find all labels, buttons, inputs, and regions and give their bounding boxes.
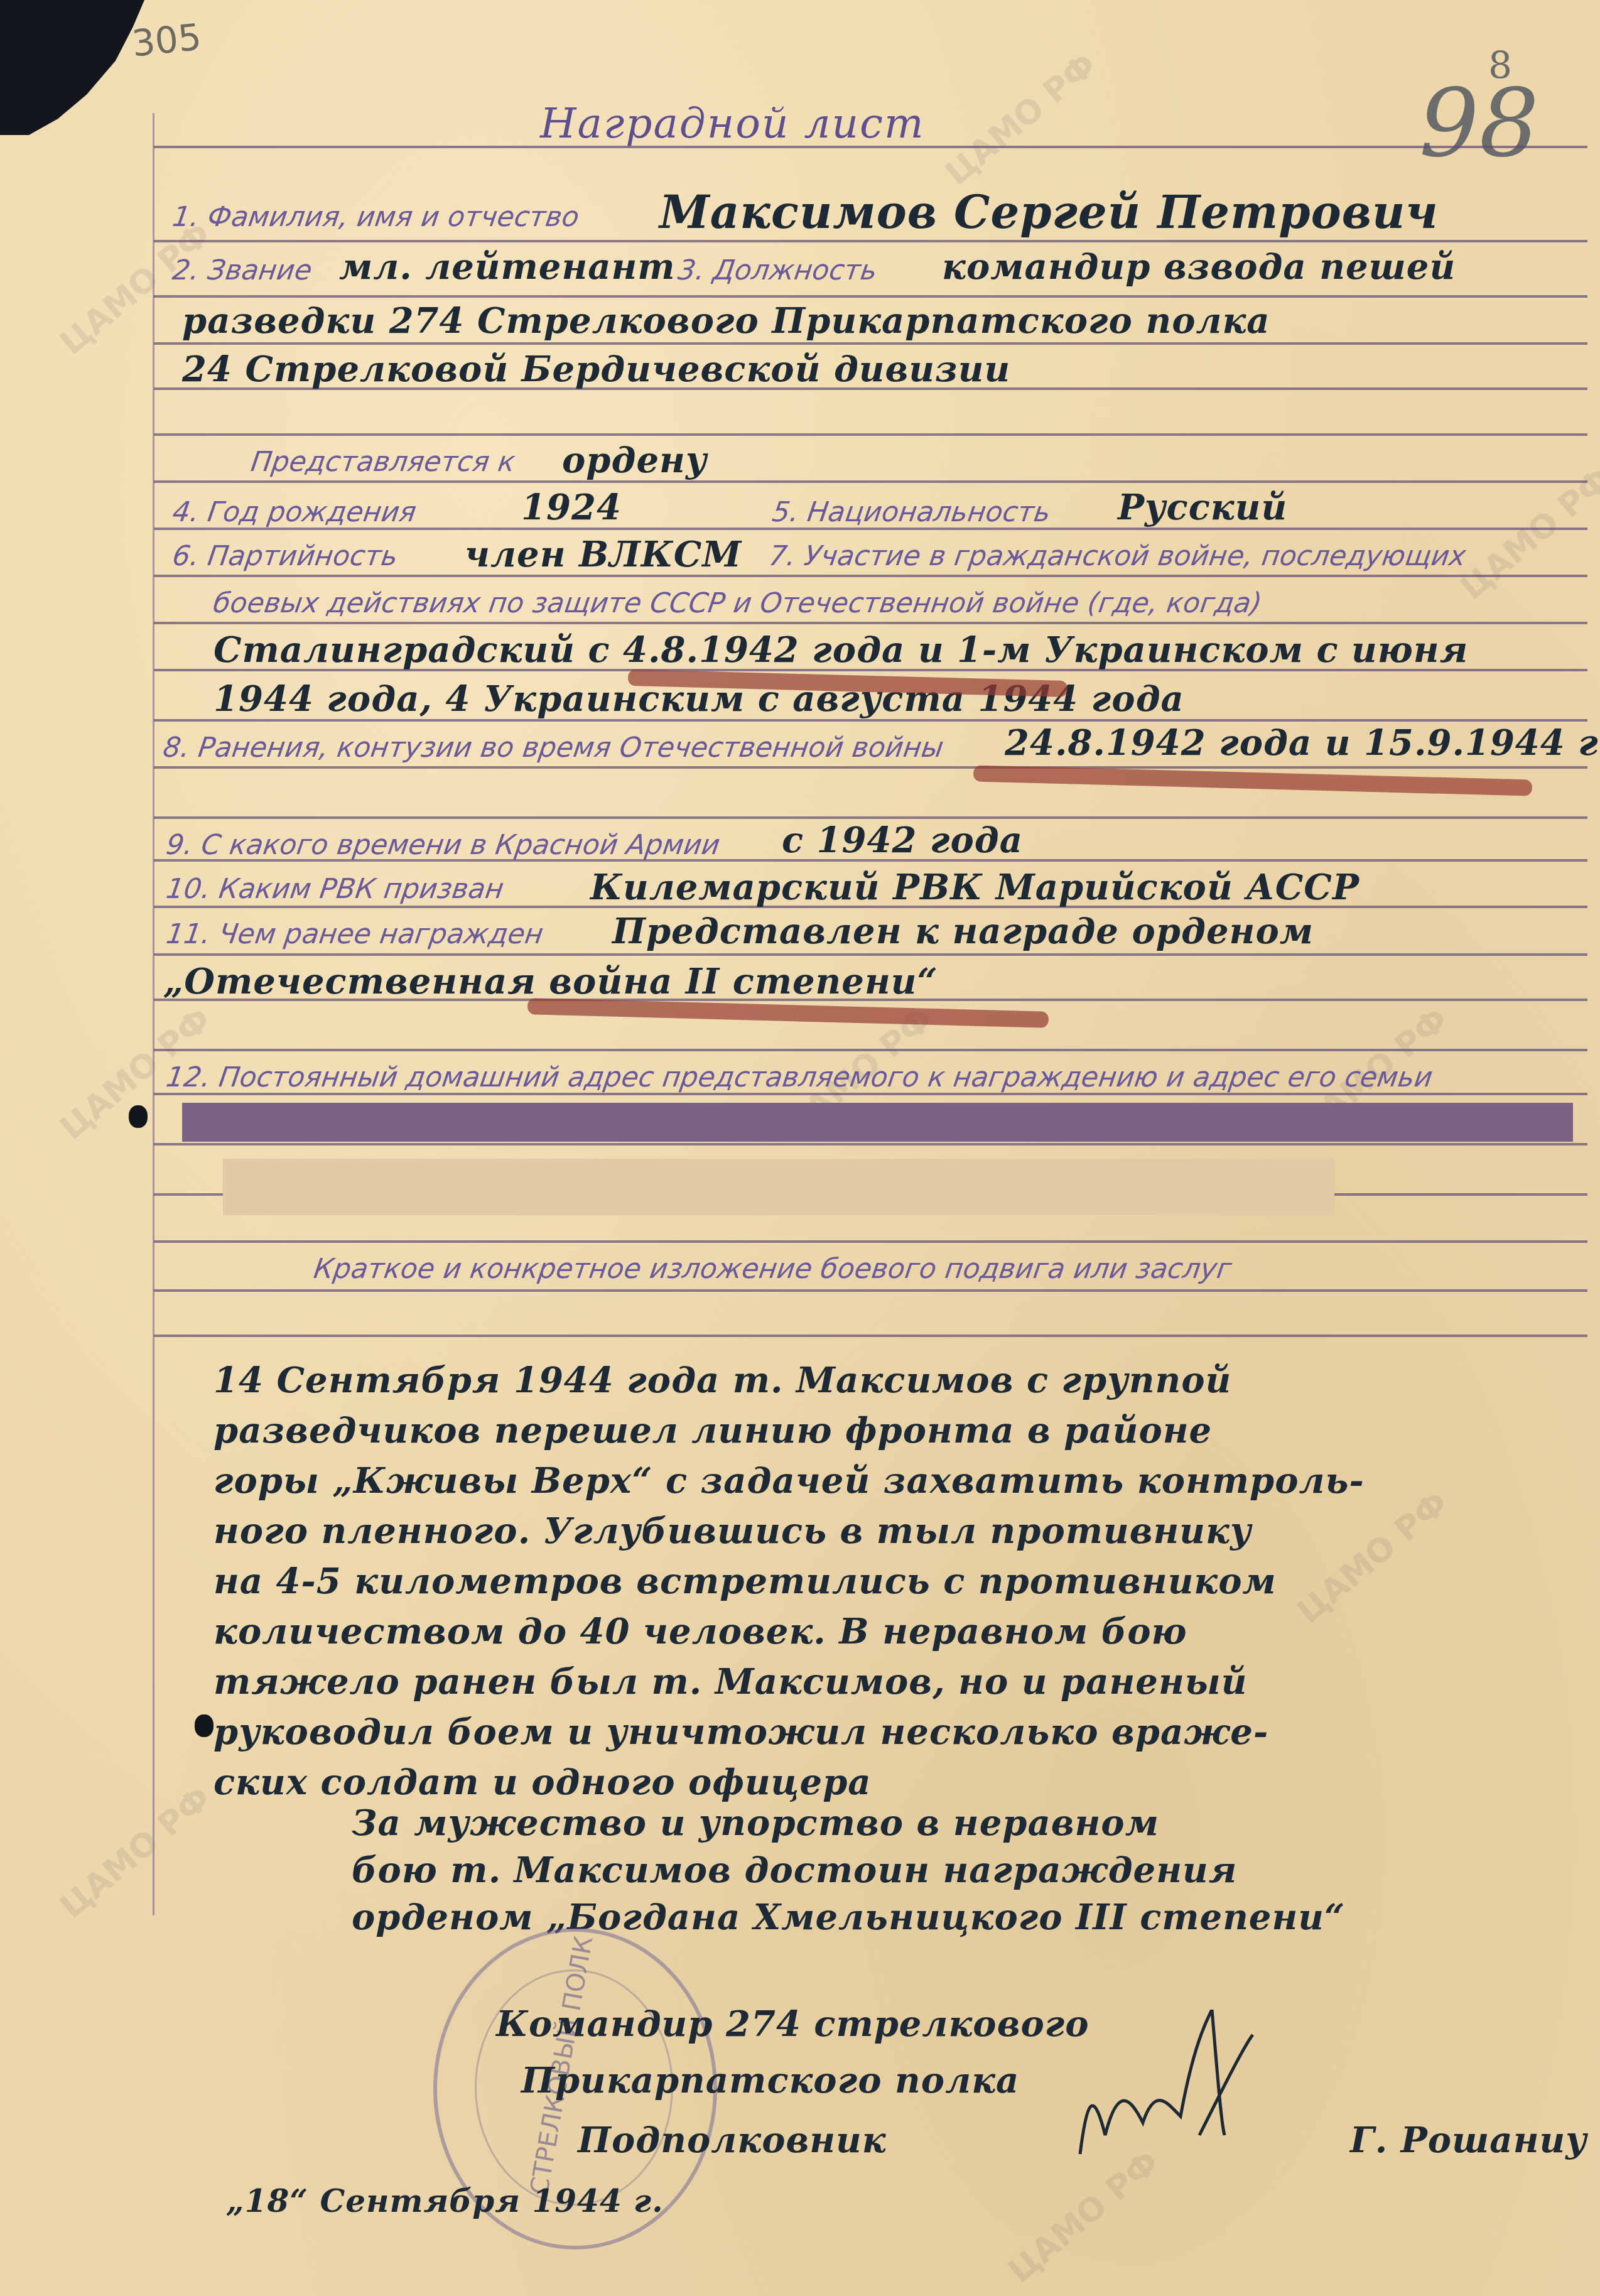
narrative-line: количеством до 40 человек. В неравном бо… <box>214 1611 1187 1652</box>
field-1-full-name: Максимов Сергей Петрович <box>659 185 1439 239</box>
narrative-line: ного пленного. Углубившись в тыл противн… <box>214 1510 1251 1552</box>
signatory-name: Г. Рошаниу <box>1350 2120 1587 2161</box>
field-12-label: 12. Постоянный домашний адрес представля… <box>164 1061 1434 1093</box>
field-4-label: 4. Год рождения <box>170 496 418 528</box>
narrative-line: 14 Сентября 1944 года т. Максимов с груп… <box>214 1360 1231 1401</box>
field-9-label: 9. С какого времени в Красной Армии <box>164 829 722 861</box>
signature-date: „18“ Сентября 1944 г. <box>226 2182 664 2219</box>
narrative-line: ских солдат и одного офицера <box>214 1762 872 1803</box>
field-5-label: 5. Национальность <box>770 496 1052 528</box>
field-11-previous-awards-line2: „Отечественная война II степени“ <box>163 961 938 1002</box>
field-4-birth-year: 1924 <box>521 487 622 528</box>
field-1-label: 1. Фамилия, имя и отчество <box>170 201 581 233</box>
redacted-address-area <box>223 1159 1334 1215</box>
field-11-label: 11. Чем ранее награжден <box>164 918 545 950</box>
field-3-position-line2: разведки 274 Стрелкового Прикарпатского … <box>182 300 1270 342</box>
field-6-label: 6. Партийность <box>170 540 399 572</box>
field-3-position-line3: 24 Стрелковой Бердичевской дивизии <box>182 349 1010 390</box>
narrative-line: горы „Кживы Верх“ с задачей захватить ко… <box>214 1460 1365 1502</box>
handwritten-signature <box>1068 2010 1256 2173</box>
signature-title-line2: Прикарпатского полка <box>521 2060 1019 2101</box>
presented-value: ордену <box>562 440 707 481</box>
archive-number: 305 <box>130 15 203 65</box>
redacted-address-bar <box>182 1103 1573 1142</box>
field-3-label: 3. Должность <box>676 254 879 286</box>
document-title: Наградной лист <box>540 99 924 148</box>
binding-hole <box>195 1714 214 1737</box>
narrative-line: на 4-5 километров встретились с противни… <box>214 1561 1277 1602</box>
presented-label: Представляется к <box>249 446 517 478</box>
field-8-label: 8. Ранения, контузии во время Отечествен… <box>161 732 945 764</box>
field-3-position-line1: командир взвода пешей <box>942 246 1456 288</box>
field-7-label-line2: боевых действиях по защите СССР и Отечес… <box>211 587 1263 619</box>
narrative-line: тяжело ранен был т. Максимов, но и ранен… <box>214 1661 1247 1703</box>
signature-rank: Подполковник <box>578 2120 887 2161</box>
narrative-line: разведчиков перешел линию фронта в район… <box>214 1410 1212 1451</box>
field-10-rvk: Килемарский РВК Марийской АССР <box>590 867 1359 908</box>
recommendation-line: орденом „Богдана Хмельницкого III степен… <box>352 1897 1345 1938</box>
feat-section-header: Краткое и конкретное изложение боевого п… <box>311 1253 1233 1285</box>
sheet-number: 98 <box>1419 69 1539 178</box>
field-10-label: 10. Каким РВК призван <box>164 873 505 905</box>
field-11-previous-awards-line1: Представлен к награде орденом <box>612 911 1314 952</box>
field-8-wounds: 24.8.1942 года и 15.9.1944 г. <box>1005 722 1600 764</box>
recommendation-line: За мужество и упорство в неравном <box>352 1802 1159 1844</box>
field-7-value-line1: Сталинградский с 4.8.1942 года и 1-м Укр… <box>214 629 1468 671</box>
recommendation-line: бою т. Максимов достоин награждения <box>352 1849 1237 1891</box>
signature-title-line1: Командир 274 стрелкового <box>496 2003 1089 2045</box>
field-2-label: 2. Звание <box>170 254 314 286</box>
field-9-since: с 1942 года <box>782 820 1023 861</box>
field-6-party: член ВЛКСМ <box>465 534 742 575</box>
margin-line <box>153 113 154 1915</box>
field-7-label-line1: 7. Участие в гражданской войне, последую… <box>767 540 1468 572</box>
binding-hole <box>129 1105 148 1128</box>
narrative-line: руководил боем и уничтожил несколько вра… <box>214 1711 1268 1753</box>
field-5-nationality: Русский <box>1118 487 1287 528</box>
field-2-rank: мл. лейтенант <box>339 246 676 288</box>
